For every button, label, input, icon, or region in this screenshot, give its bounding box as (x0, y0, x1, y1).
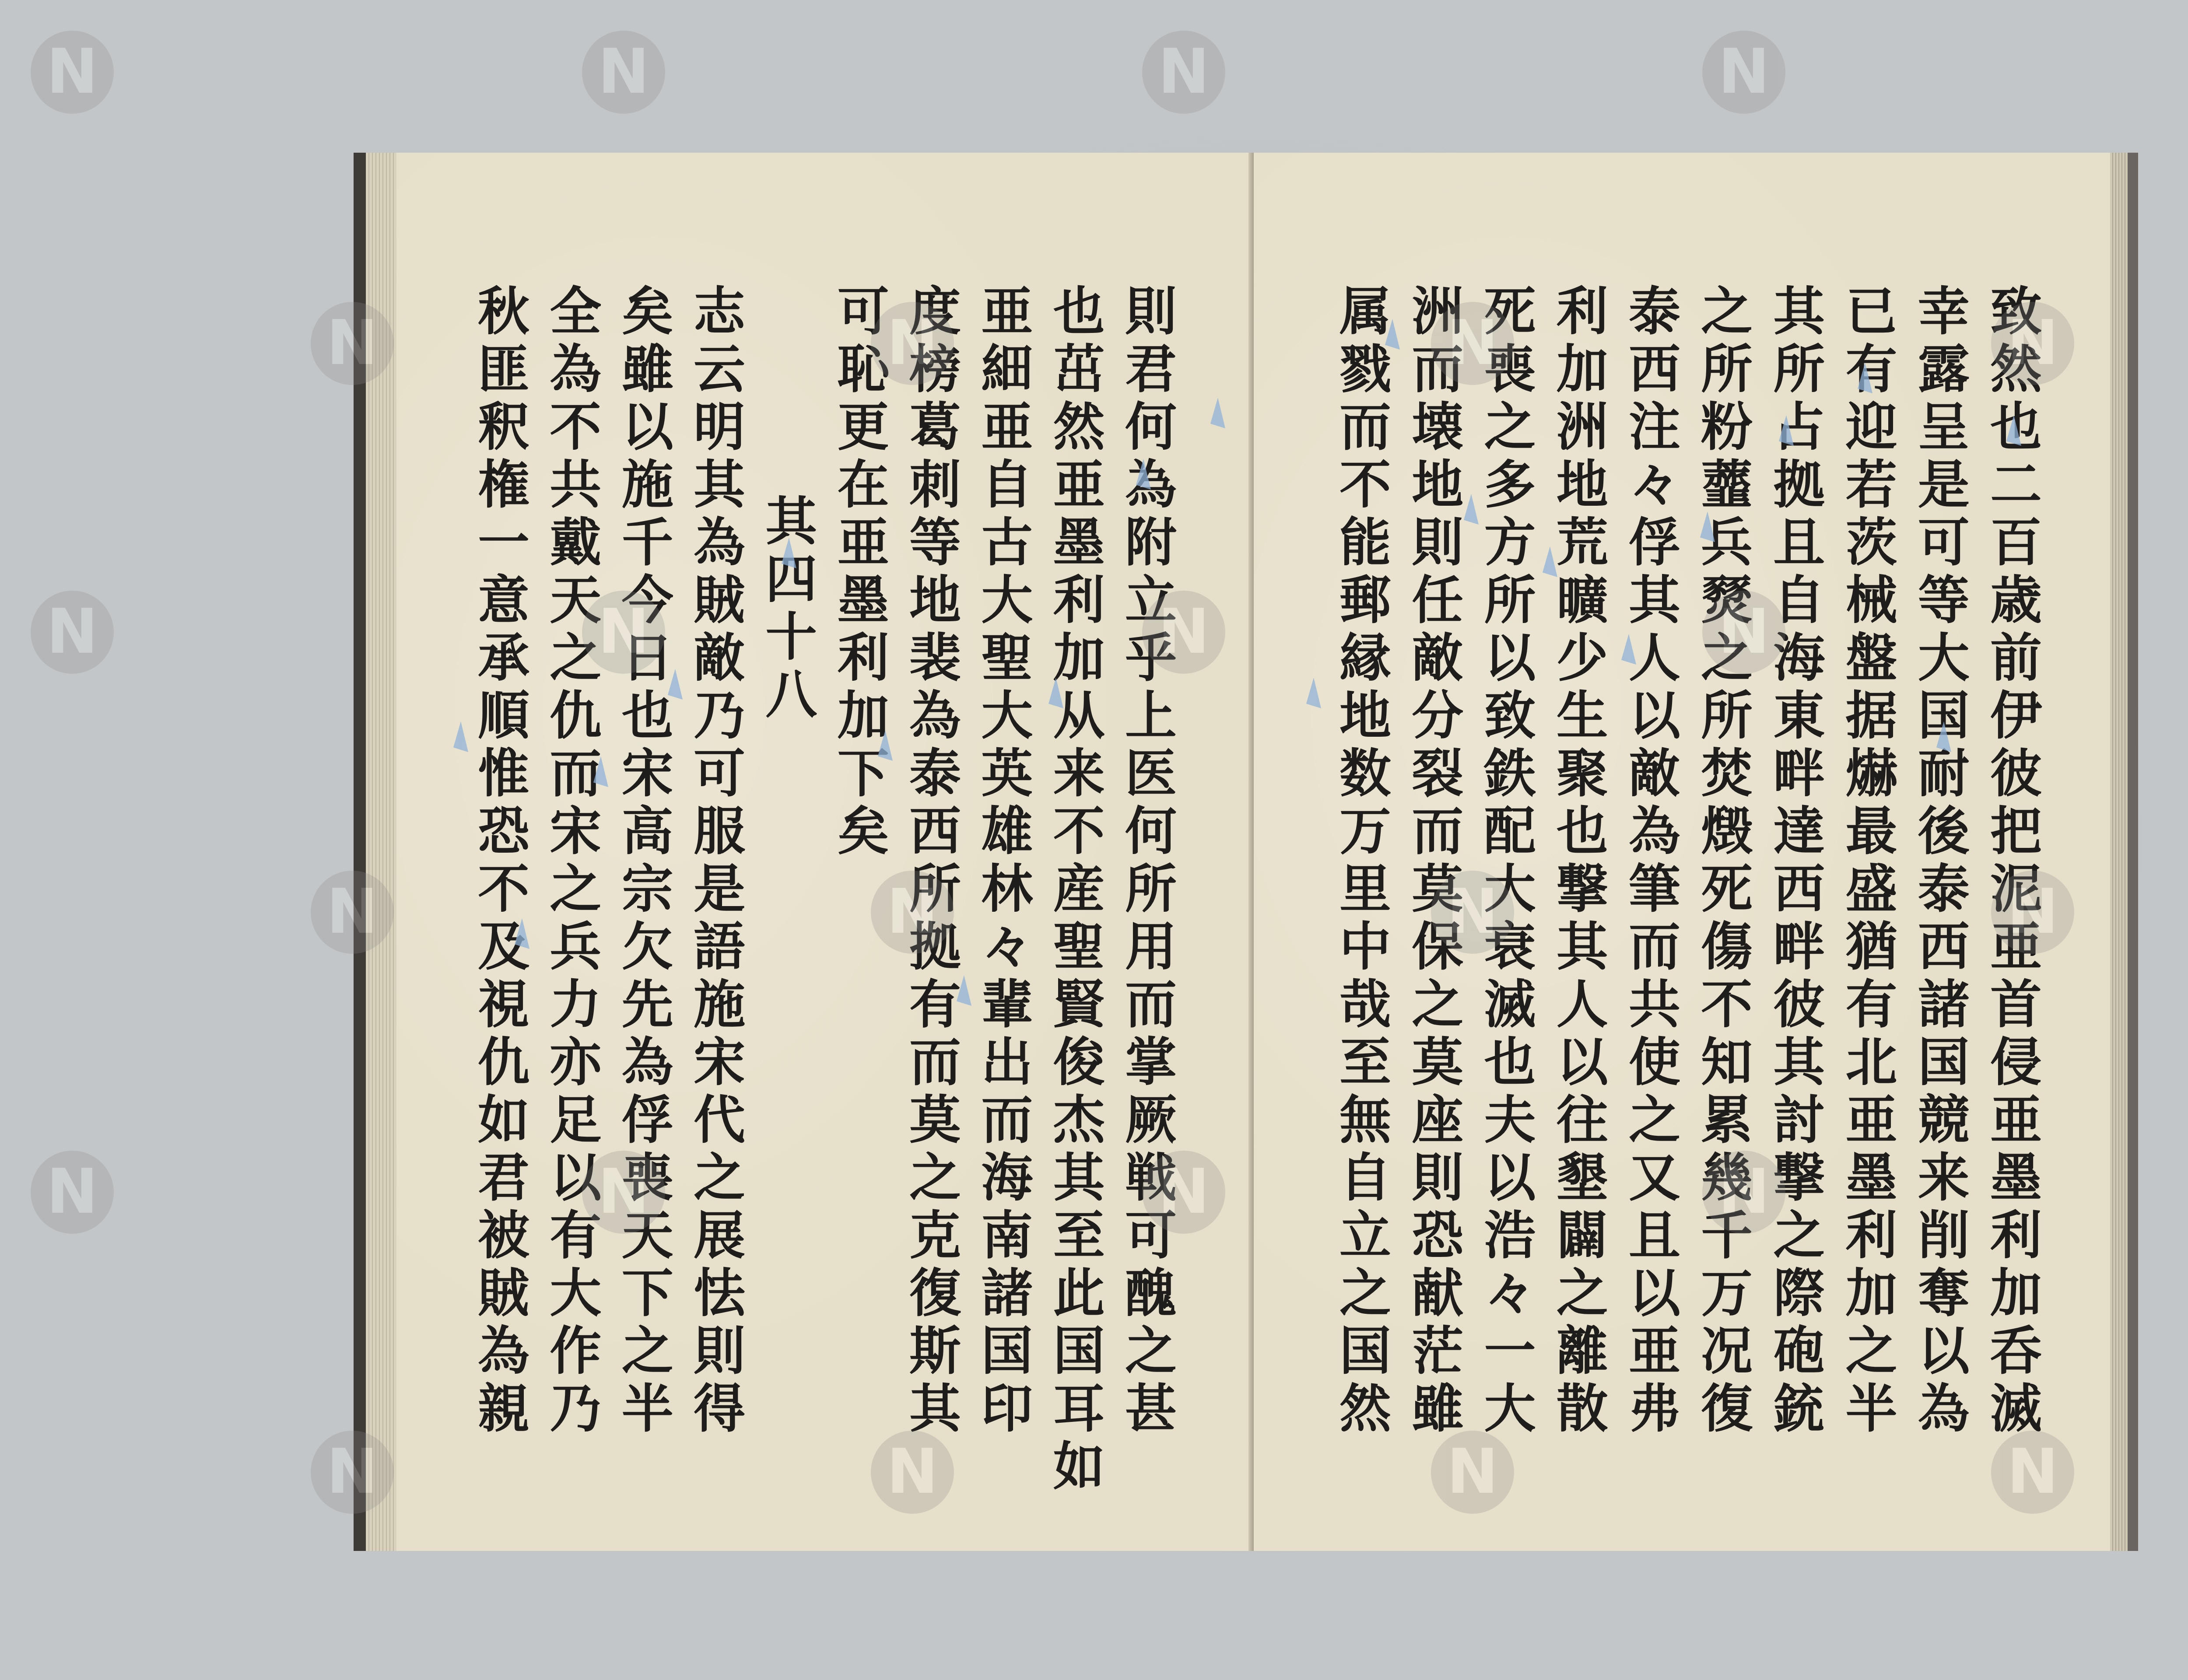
text-column: 泰西注々俘其人以敵為筆而共使之又且以亜弗 (1617, 284, 1683, 1437)
open-book: 則君何為附立乎上医何所用而掌厥戦可醜之甚 也茁然亜墨利加从来不産聖賢俊杰其至此国… (354, 153, 2138, 1551)
text-column: 之所粉虀兵燹之所焚燬死傷不知累幾千万况復 (1690, 284, 1755, 1437)
reading-mark (453, 721, 468, 752)
book-cover-right-edge (2128, 153, 2138, 1551)
left-page: 則君何為附立乎上医何所用而掌厥戦可醜之甚 也茁然亜墨利加从来不産聖賢俊杰其至此国… (396, 153, 1254, 1551)
text-column: 度榜葛刺等地裴為泰西所拠有而莫之克復斯其 (898, 284, 964, 1437)
text-column: 属戮而不能郵縁地数万里中哉至無自立之国然 (1328, 284, 1394, 1437)
text-column: 其所占拠且自海東畔達西畔彼其討撃之際砲銃 (1762, 284, 1827, 1437)
text-column: 全為不共戴天之仇而宋之兵力亦足以有大作乃 (538, 284, 604, 1437)
watermark-logo-icon: N (1129, 17, 1238, 127)
text-column: 亜細亜自古大聖大英雄林々輩出而海南諸国印 (970, 284, 1035, 1437)
text-column: 秋匪釈権一意承順惟恐不及視仇如君被賊為親 (466, 284, 532, 1437)
text-column: 可恥更在亜墨利加下矣 (826, 284, 892, 1437)
watermark-logo-icon: N (18, 17, 127, 127)
watermark-logo-icon: N (1689, 17, 1799, 127)
text-column: 死喪之多方所以致鉄配大衰滅也夫以浩々一大 (1473, 284, 1538, 1437)
left-page-text: 則君何為附立乎上医何所用而掌厥戦可醜之甚 也茁然亜墨利加从来不産聖賢俊杰其至此国… (466, 284, 1179, 1437)
text-column: 志云明其為賊敵乃可服是語施宋代之展怯則得 (682, 284, 748, 1437)
right-page: 致然也二百歳前伊彼把泥亜首侵亜墨利加呑滅 幸露呈是可等大国耐後泰西諸国競来削奪以… (1254, 153, 2110, 1551)
page-stack-left (366, 153, 396, 1551)
reading-mark (1306, 678, 1321, 708)
right-page-text: 致然也二百歳前伊彼把泥亜首侵亜墨利加呑滅 幸露呈是可等大国耐後泰西諸国競来削奪以… (1328, 284, 2044, 1437)
text-column: 矣雖以施千今日也宋高宗欠先為俘喪天下之半 (610, 284, 676, 1437)
text-column: 則君何為附立乎上医何所用而掌厥戦可醜之甚 (1114, 284, 1179, 1437)
watermark-logo-icon: N (569, 17, 678, 127)
book-cover-left-edge (354, 153, 366, 1551)
watermark-logo-icon: N (18, 1137, 127, 1247)
text-column: 幸露呈是可等大国耐後泰西諸国競来削奪以為 (1907, 284, 1972, 1437)
text-column: 利加洲地荒曠少生聚也撃其人以往墾闢之離散 (1545, 284, 1611, 1437)
section-heading: 其四十八 (754, 284, 820, 1437)
page-stack-right (2110, 153, 2128, 1551)
text-column: 已有迎若茨械盤据爀最盛猶有北亜墨利加之半 (1834, 284, 1900, 1437)
text-column: 也茁然亜墨利加从来不産聖賢俊杰其至此国耳如 (1042, 284, 1108, 1437)
text-column: 致然也二百歳前伊彼把泥亜首侵亜墨利加呑滅 (1979, 284, 2044, 1437)
watermark-logo-icon: N (18, 577, 127, 687)
text-column: 洲而壊地則任敵分裂而莫保之莫座則恐献茫雖 (1400, 284, 1466, 1437)
reading-mark (1210, 398, 1225, 428)
